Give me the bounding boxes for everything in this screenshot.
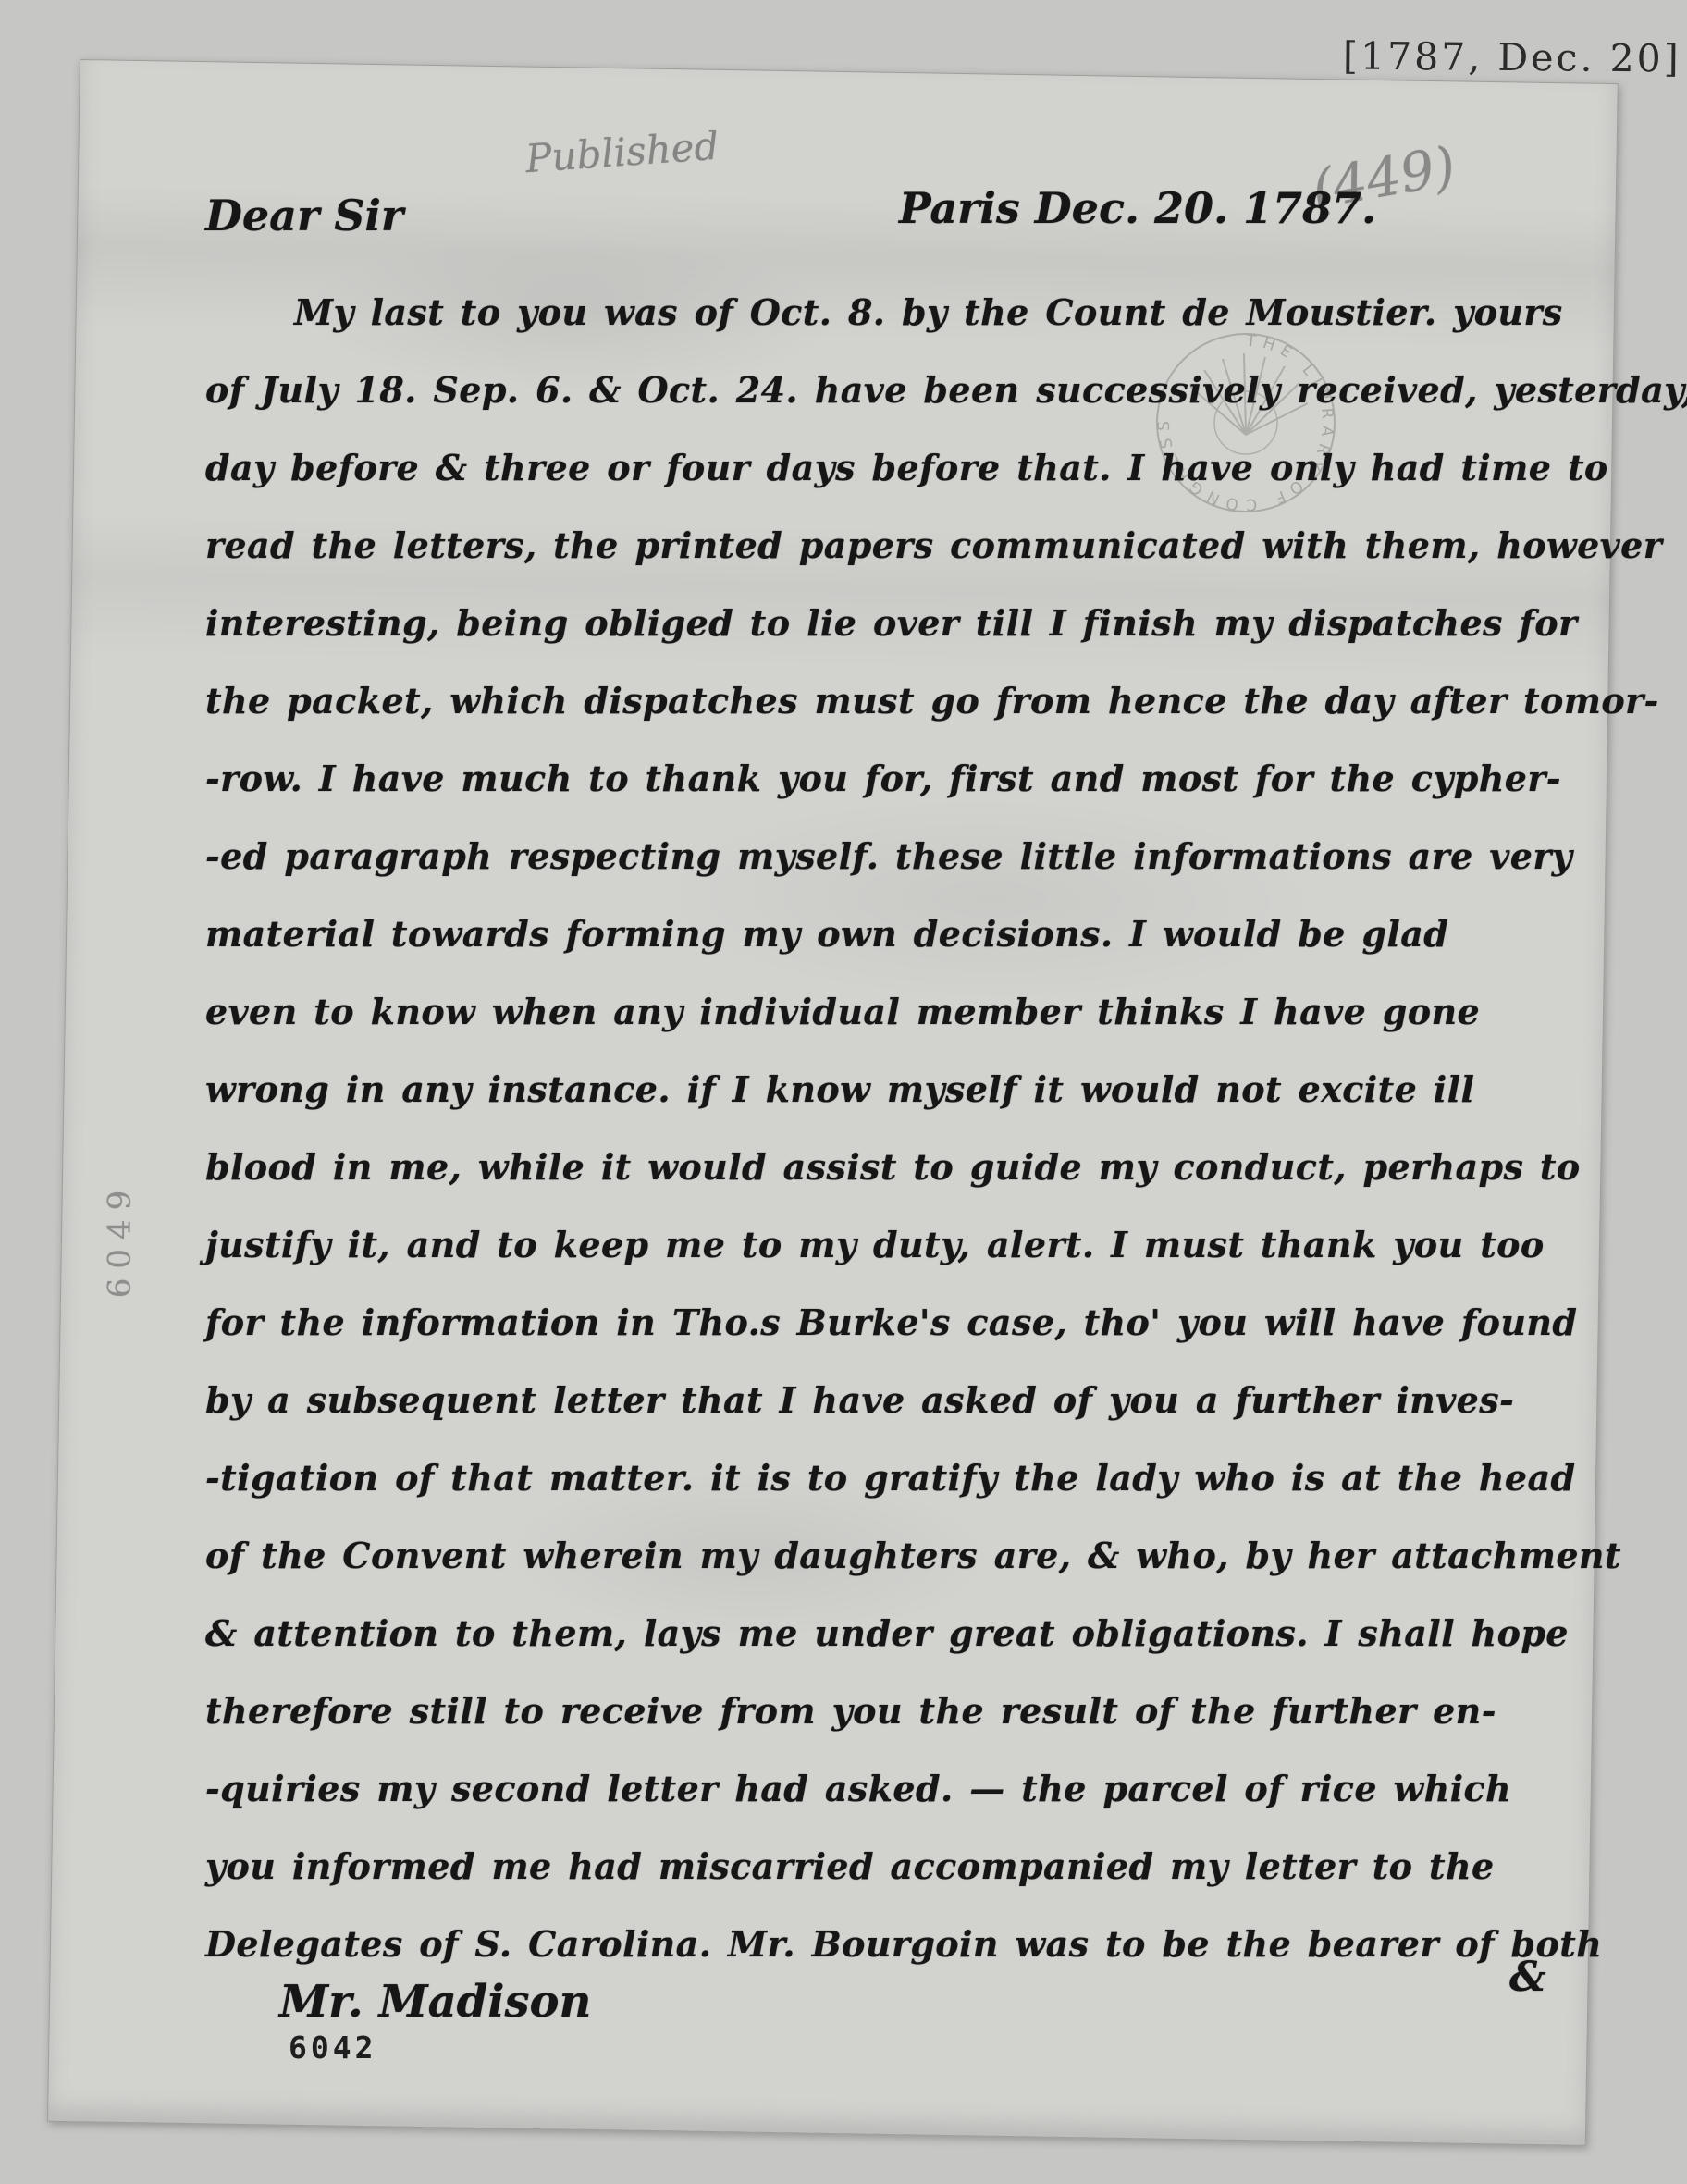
letter-body-line: wrong in any instance. if I know myself … <box>205 1051 1496 1129</box>
letter-body-line: -row. I have much to thank you for, firs… <box>205 740 1496 818</box>
letter-body-line: by a subsequent letter that I have asked… <box>205 1362 1496 1439</box>
letter-body-line: My last to you was of Oct. 8. by the Cou… <box>205 274 1496 352</box>
place-date-line: Paris Dec. 20. 1787. <box>899 183 1376 233</box>
letter-body-line: material towards forming my own decision… <box>205 895 1496 973</box>
scanned-letter-page: { "document": { "archival": { "date_anno… <box>0 0 1687 2184</box>
letter-body-line: read the letters, the printed papers com… <box>205 507 1496 585</box>
letter-body-line: Delegates of S. Carolina. Mr. Bourgoin w… <box>205 1906 1496 1983</box>
archival-date-annotation: [1787, Dec. 20] <box>1343 33 1681 80</box>
catchword: & <box>1509 1954 1546 2001</box>
letter-body-line: even to know when any individual member … <box>205 973 1496 1051</box>
letter-body-line: the packet, which dispatches must go fro… <box>205 662 1496 740</box>
letter-body-line: interesting, being obliged to lie over t… <box>205 585 1496 662</box>
letter-body: My last to you was of Oct. 8. by the Cou… <box>205 274 1496 1983</box>
item-number-stamp: 6042 <box>289 2030 376 2066</box>
letter-body-line: -quiries my second letter had asked. — t… <box>205 1750 1496 1828</box>
letter-body-line: for the information in Tho.s Burke's cas… <box>205 1284 1496 1362</box>
letter-body-line: you informed me had miscarried accompani… <box>205 1828 1496 1906</box>
letter-body-line: therefore still to receive from you the … <box>205 1672 1496 1750</box>
margin-folio-number: 6049 <box>101 1181 138 1299</box>
letter-body-line: & attention to them, lays me under great… <box>205 1595 1496 1672</box>
letter-body-line: -ed paragraph respecting myself. these l… <box>205 818 1496 895</box>
addressee-docket: Mr. Madison <box>279 1976 591 2028</box>
letter-body-line: day before & three or four days before t… <box>205 429 1496 507</box>
letter-body-line: justify it, and to keep me to my duty, a… <box>205 1206 1496 1284</box>
salutation: Dear Sir <box>205 191 403 241</box>
letter-body-line: blood in me, while it would assist to gu… <box>205 1129 1496 1206</box>
letter-body-line: of July 18. Sep. 6. & Oct. 24. have been… <box>205 352 1496 429</box>
letter-body-line: -tigation of that matter. it is to grati… <box>205 1439 1496 1517</box>
letter-body-line: of the Convent wherein my daughters are,… <box>205 1517 1496 1595</box>
